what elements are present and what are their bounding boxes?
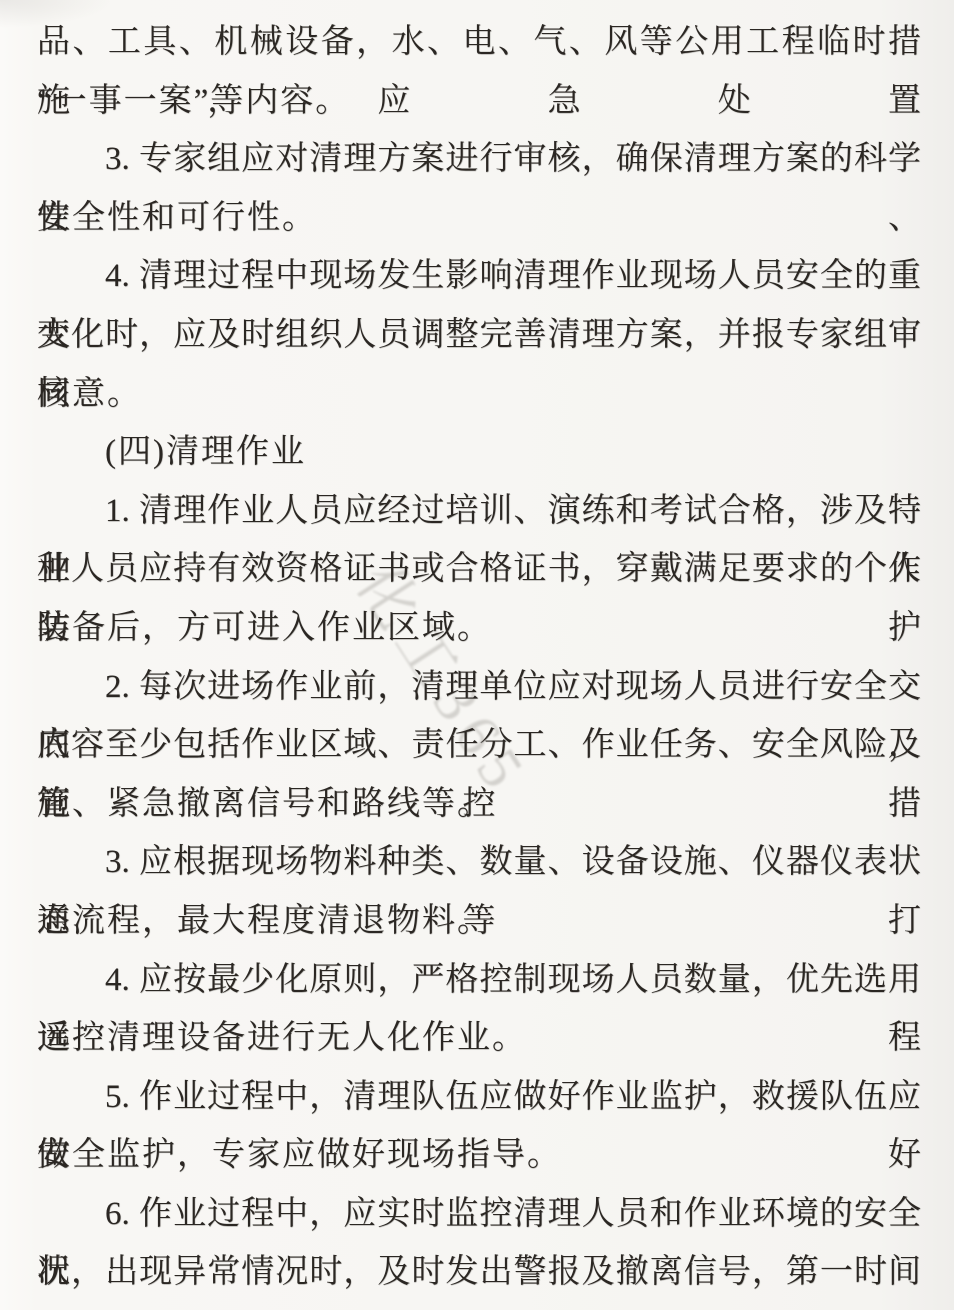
text-line: 同意。 — [37, 365, 921, 424]
text-line: 内容至少包括作业区域、责任分工、作业任务、安全风险及管控措 — [37, 716, 921, 775]
text-line: 1. 清理作业人员应经过培训、演练和考试合格，涉及特种作 — [37, 482, 921, 541]
text-line: 品、工具、机械设备，水、电、气、风等公用工程临时措施，应急处置 — [37, 13, 921, 72]
text-line: 业人员应持有效资格证书或合格证书，穿戴满足要求的个人防护 — [37, 540, 921, 599]
text-line: 3. 应根据现场物料种类、数量、设备设施、仪器仪表状态等打 — [37, 833, 921, 892]
text-line: 4. 清理过程中现场发生影响清理作业现场人员安全的重大 — [37, 247, 921, 306]
document-page: 化工365 品、工具、机械设备，水、电、气、风等公用工程临时措施，应急处置“一事… — [0, 0, 954, 1310]
text-line: 变化时，应及时组织人员调整完善清理方案，并报专家组审核 — [37, 306, 921, 365]
text-line: 3. 专家组应对清理方案进行审核，确保清理方案的科学性、 — [37, 130, 921, 189]
text-line: (四)清理作业 — [37, 423, 921, 482]
text-line: 6. 作业过程中，应实时监控清理人员和作业环境的安全状 — [37, 1185, 921, 1244]
document-lines: 品、工具、机械设备，水、电、气、风等公用工程临时措施，应急处置“一事一案”等内容… — [0, 13, 954, 1302]
text-line: 5. 作业过程中，清理队伍应做好作业监护，救援队伍应做好 — [37, 1068, 921, 1127]
text-line: 4. 应按最少化原则，严格控制现场人员数量，优先选用远程 — [37, 951, 921, 1010]
text-line: 2. 每次进场作业前，清理单位应对现场人员进行安全交底， — [37, 658, 921, 717]
text-line: 况，出现异常情况时，及时发出警报及撤离信号，第一时间组织人 — [37, 1243, 921, 1302]
